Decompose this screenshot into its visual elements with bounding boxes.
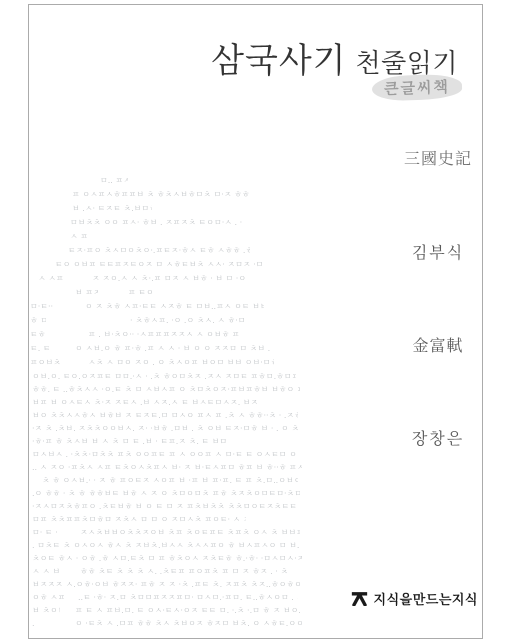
publisher-name: 지식을만드는지식	[374, 589, 478, 608]
author-name-korean: 김부식	[396, 240, 480, 263]
translator-name: 장창은	[396, 426, 480, 449]
title-main: 삼국사기	[211, 43, 346, 80]
author-name-hanja: 金富軾	[396, 333, 480, 356]
publisher-logo: 지식을만드는지식	[351, 588, 478, 608]
title-sub: 천줄읽기	[356, 49, 458, 78]
hanja-title: 三國史記	[396, 146, 480, 169]
publisher-jz-mark-icon	[351, 591, 368, 606]
book-cover-page: ㅁ.. ㅍㅅ ㅍ ㅇㅅㅍㅅㅎㅍㅍㅂ ㅊ ㅎㅊㅅㅂㅎㅁㅊ ㅁ·ㅈ ㅎㅎㅅㅇㅇ ㅇㅂ…	[0, 0, 516, 644]
